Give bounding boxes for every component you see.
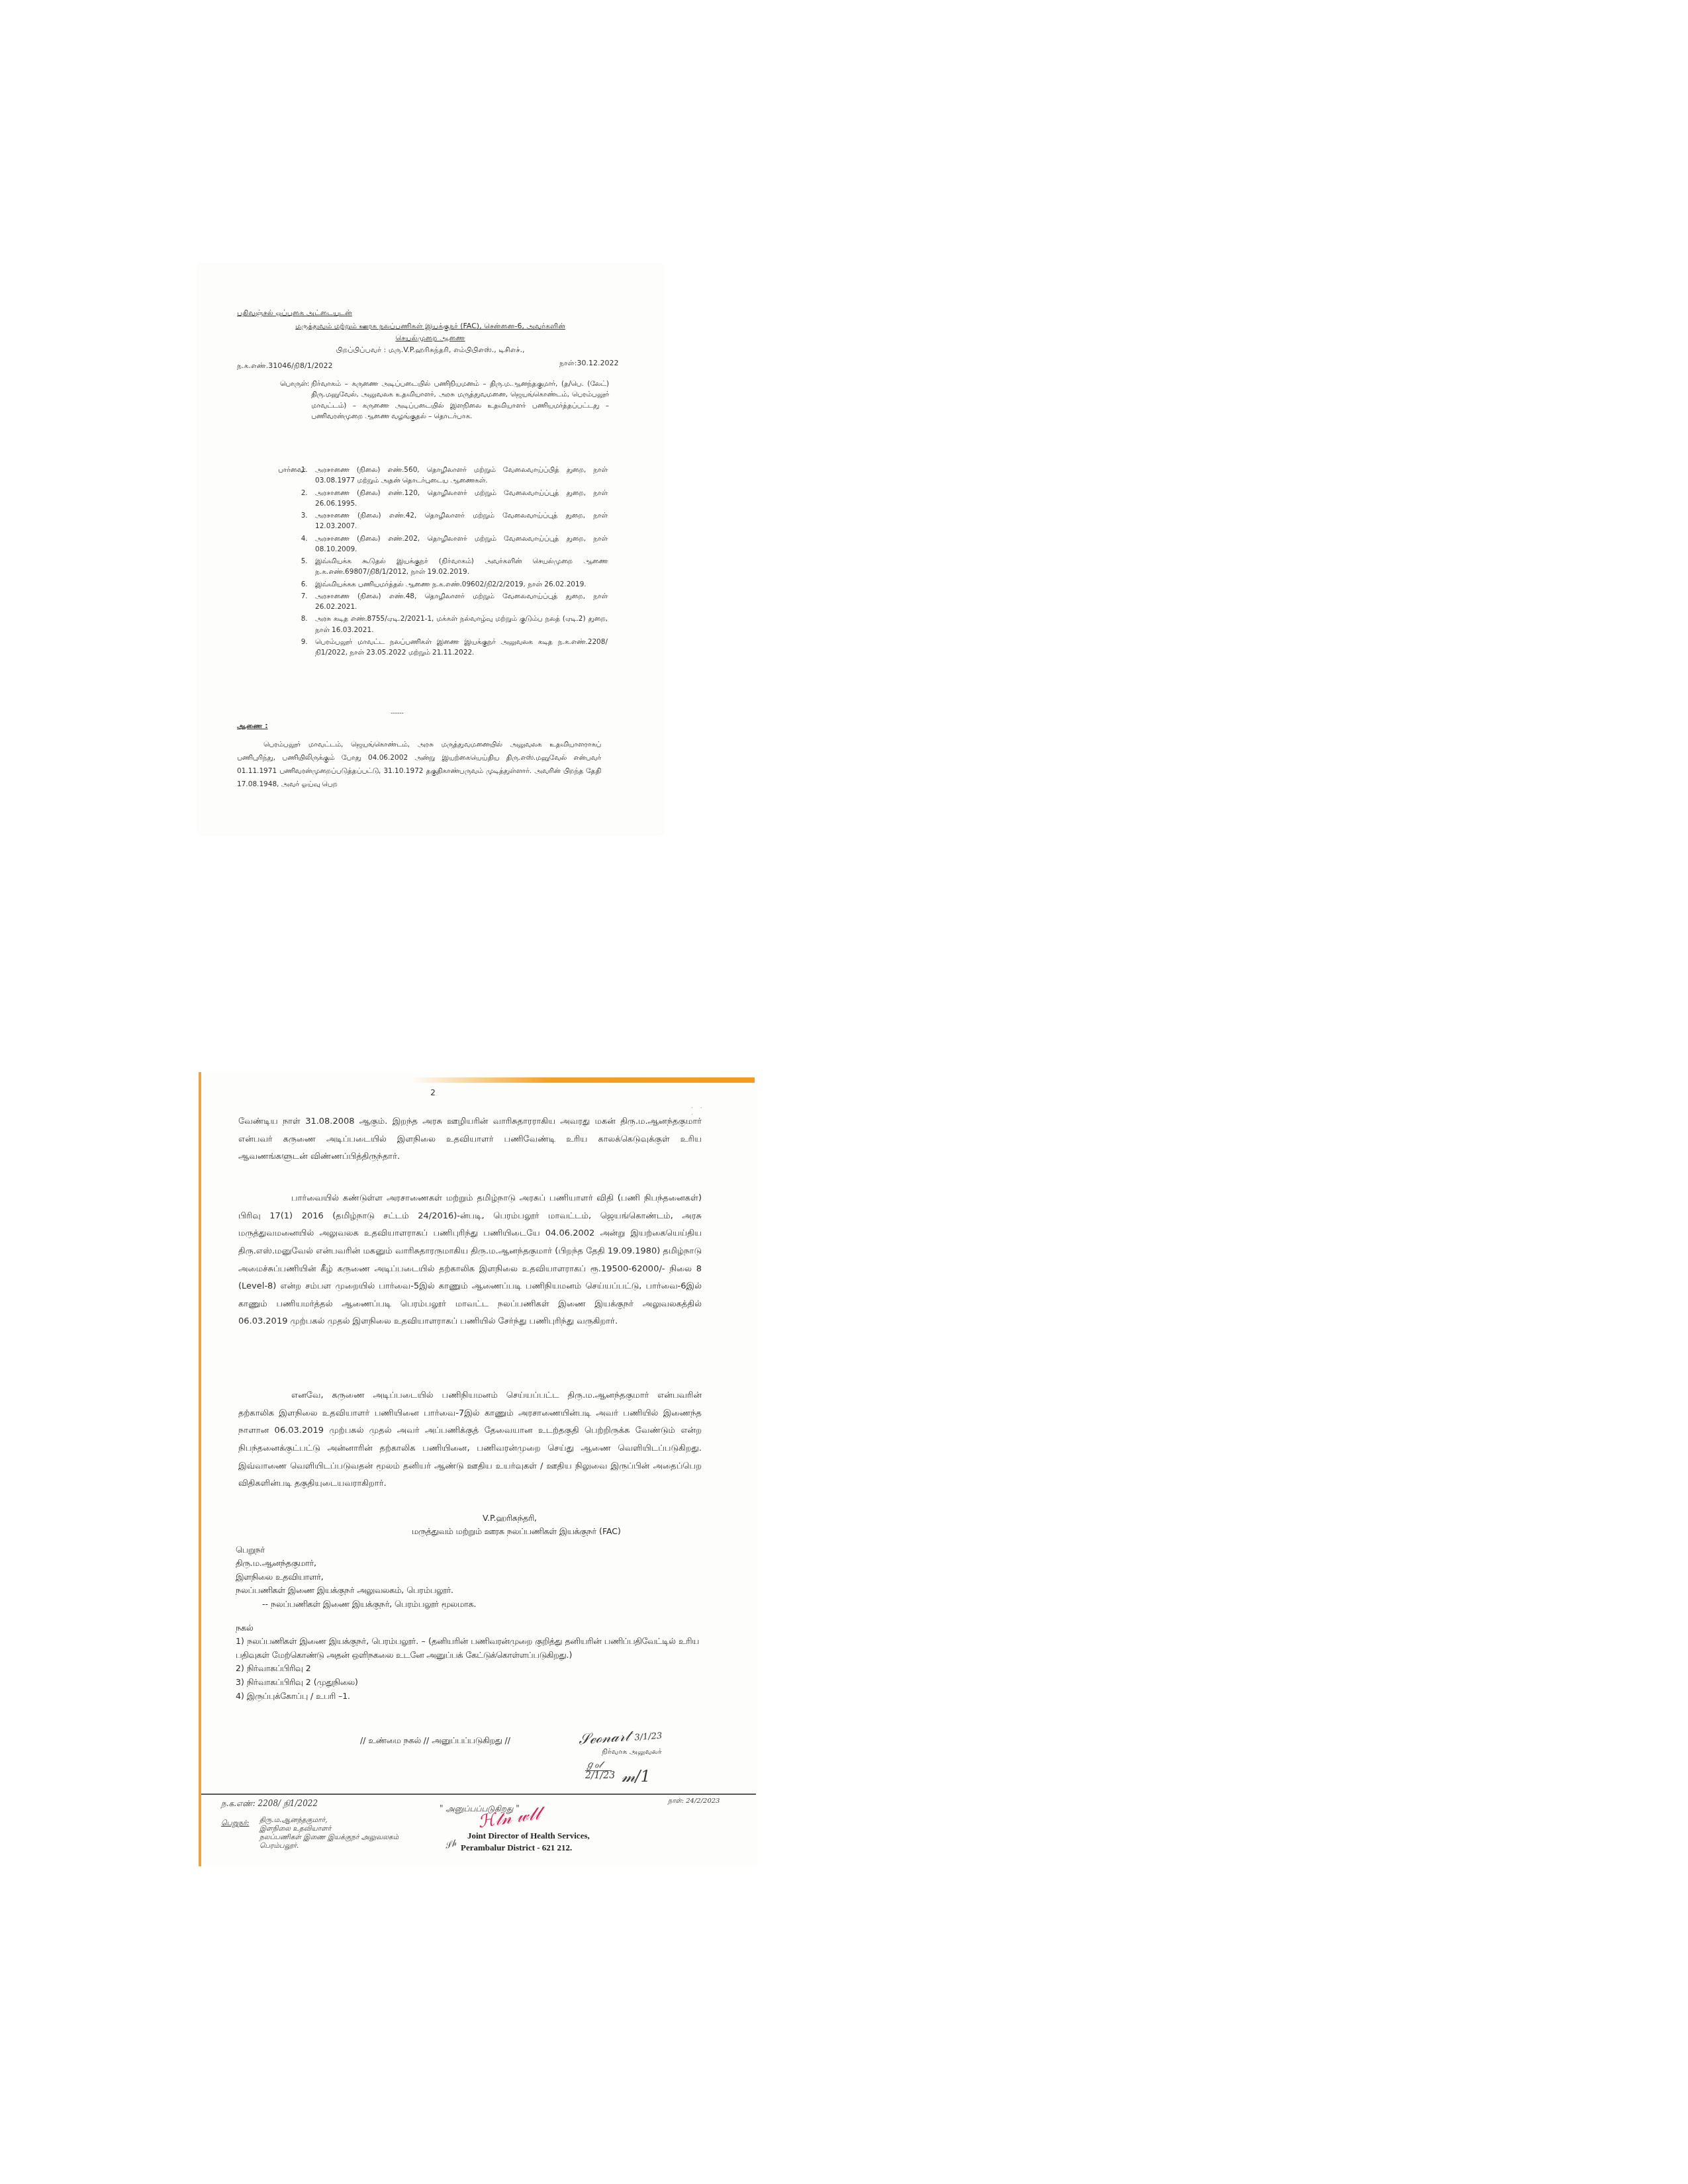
- order-paragraph: பெரம்பலூர் மாவட்டம், ஜெயங்கொண்டம், அரசு …: [237, 739, 601, 792]
- admin-officer-title: நிர்வாக அலுவலர்: [602, 1746, 662, 1757]
- recipient-line: இளநிலை உதவியாளர்,: [236, 1570, 477, 1584]
- copy-to-item: 2) நிர்வாகப்பிரிவு 2: [236, 1662, 699, 1676]
- recipient-line: திரு.ம.ஆனந்தகுமார்,: [236, 1557, 477, 1570]
- reference-item: பெரம்பலூர் மாவட்ட நலப்பணிகள் இணை இயக்குந…: [310, 637, 608, 659]
- copy-to-label: நகல்: [236, 1621, 253, 1635]
- handwritten-to-address: திரு.ம.ஆனந்தகுமார்,இளநிலை உதவியாளர்நலப்ப…: [259, 1816, 399, 1851]
- admin-officer-signature: 𝒮ℯℴ𝓃𝒶𝓇𝓉 3/1/23: [578, 1726, 663, 1749]
- reference-item: இவ்வியக்கக பணியமர்த்தல் ஆணை ந.க.எண்.0960…: [310, 579, 608, 590]
- copy-to-item: 4) இருப்புக்கோப்பு / உபரி –1.: [236, 1690, 699, 1704]
- order-label: ஆணை :: [237, 720, 268, 731]
- paragraph-regularisation-basis: பார்வையில் கண்டுள்ள அரசாணைகள் மற்றும் தம…: [238, 1190, 702, 1331]
- order-date: நாள்:30.12.2022: [559, 357, 618, 369]
- reference-item: அரசாணை (நிலை) எண்.48, தொழிலாளர் மற்றும் …: [310, 591, 608, 613]
- page-number: 2: [400, 1087, 466, 1099]
- recipient-line: நலப்பணிகள் இணை இயக்குநர் அலுவலகம், பெரம்…: [236, 1584, 477, 1598]
- stamp-line-2: Perambalur District - 621 212.: [461, 1841, 572, 1854]
- proceedings-title: செயல்முறை ஆணை: [232, 332, 629, 343]
- handwritten-to-line: நலப்பணிகள் இணை இயக்குநர் அலுவலகம்: [259, 1833, 399, 1842]
- recipient-line: -- நலப்பணிகள் இணை இயக்குநர், பெரம்பலூர் …: [236, 1598, 477, 1612]
- document-page-2: 2 · · · வேண்டிய நாள் 31.08.2008 ஆகும். இ…: [199, 1072, 757, 1866]
- initial-date: 2/1/23: [585, 1771, 615, 1781]
- copy-to-item: 1) நலப்பணிகள் இணை இயக்குநர், பெரம்பலூர்.…: [236, 1635, 699, 1662]
- references-list: அரசாணை (நிலை) எண்.560, தொழிலாளர் மற்றும்…: [295, 465, 608, 660]
- true-copy-note: // உண்மை நகல் // அனுப்பப்படுகிறது //: [360, 1734, 510, 1748]
- initial-signature: ℊℴ𝓁 2/1/23: [585, 1760, 615, 1782]
- handwritten-date: நாள்: 24/2/2023: [668, 1796, 720, 1807]
- recipient-label: பெறுநர்: [236, 1543, 265, 1557]
- office-header: மருத்துவம் மற்றும் ஊரக நலப்பணிகள் இயக்கு…: [232, 320, 629, 332]
- handwritten-to-line: திரு.ம.ஆனந்தகுமார்,: [259, 1816, 399, 1825]
- subject-text: நிர்வாகம் – கருணை அடிப்படையில் பணிநியமனம…: [311, 379, 609, 422]
- initial-mark: 𝓂/1: [622, 1767, 651, 1786]
- reference-item: அரசாணை (நிலை) எண்.120, தொழிலாளர் மற்றும்…: [310, 488, 608, 510]
- signatory-title: மருத்துவம் மற்றும் ஊரக நலப்பணிகள் இயக்கு…: [412, 1525, 621, 1539]
- reference-item: இவ்வியக்க கூடுதல் இயக்குநர் (நிர்வாகம்) …: [310, 556, 608, 578]
- registered-post-note: பதிவஞ்சல் ஒப்புகை அட்டையுடன்: [237, 307, 352, 318]
- divider-line: [201, 1794, 756, 1795]
- stamp-initial: 𝒮𝒽: [444, 1838, 458, 1851]
- handwritten-to-label: பெறுநர்:: [221, 1817, 249, 1829]
- recipient-address: திரு.ம.ஆனந்தகுமார்,இளநிலை உதவியாளர்,நலப்…: [236, 1557, 477, 1612]
- paragraph-order-decision: எனவே, கருணை அடிப்படையில் பணிநியமனம் செய்…: [238, 1387, 702, 1493]
- document-page-1: பதிவஞ்சல் ஒப்புகை அட்டையுடன் மருத்துவம் …: [199, 265, 662, 834]
- reference-item: அரசு கடித எண்.8755/ஏடி.2/2021-1, மக்கள் …: [310, 614, 608, 635]
- reference-item: அரசாணை (நிலை) எண்.202, தொழிலாளர் மற்றும்…: [310, 533, 608, 555]
- handwritten-to-line: இளநிலை உதவியாளர்: [259, 1825, 399, 1833]
- handwritten-to-line: பெரம்பலூர்.: [259, 1842, 399, 1850]
- signatory-name: V.P.ஹரிசுந்தரி,: [483, 1512, 537, 1525]
- subject-label: பொருள்:: [280, 380, 309, 388]
- separator: ------: [364, 709, 430, 719]
- reference-number: ந.க.எண்.31046/நி8/1/2022: [237, 360, 332, 371]
- paragraph-continuation: வேண்டிய நாள் 31.08.2008 ஆகும். இறந்த அரச…: [238, 1113, 702, 1166]
- reference-item: அரசாணை (நிலை) எண்.42, தொழிலாளர் மற்றும் …: [310, 510, 608, 532]
- handwritten-ref-number: ந.க.எண்: 2208/ நி1/2022: [221, 1797, 318, 1810]
- scan-orange-edge: [410, 1077, 755, 1083]
- copy-to-item: 3) நிர்வாகப்பிரிவு 2 (முதுநிலை): [236, 1676, 699, 1690]
- copy-to-list: 1) நலப்பணிகள் இணை இயக்குநர், பெரம்பலூர்.…: [236, 1635, 699, 1703]
- reference-item: அரசாணை (நிலை) எண்.560, தொழிலாளர் மற்றும்…: [310, 465, 608, 486]
- issuer-line: பிறப்பிப்பவர் : மரு.V.P.ஹரிசுந்தரி, எம்ப…: [232, 344, 629, 355]
